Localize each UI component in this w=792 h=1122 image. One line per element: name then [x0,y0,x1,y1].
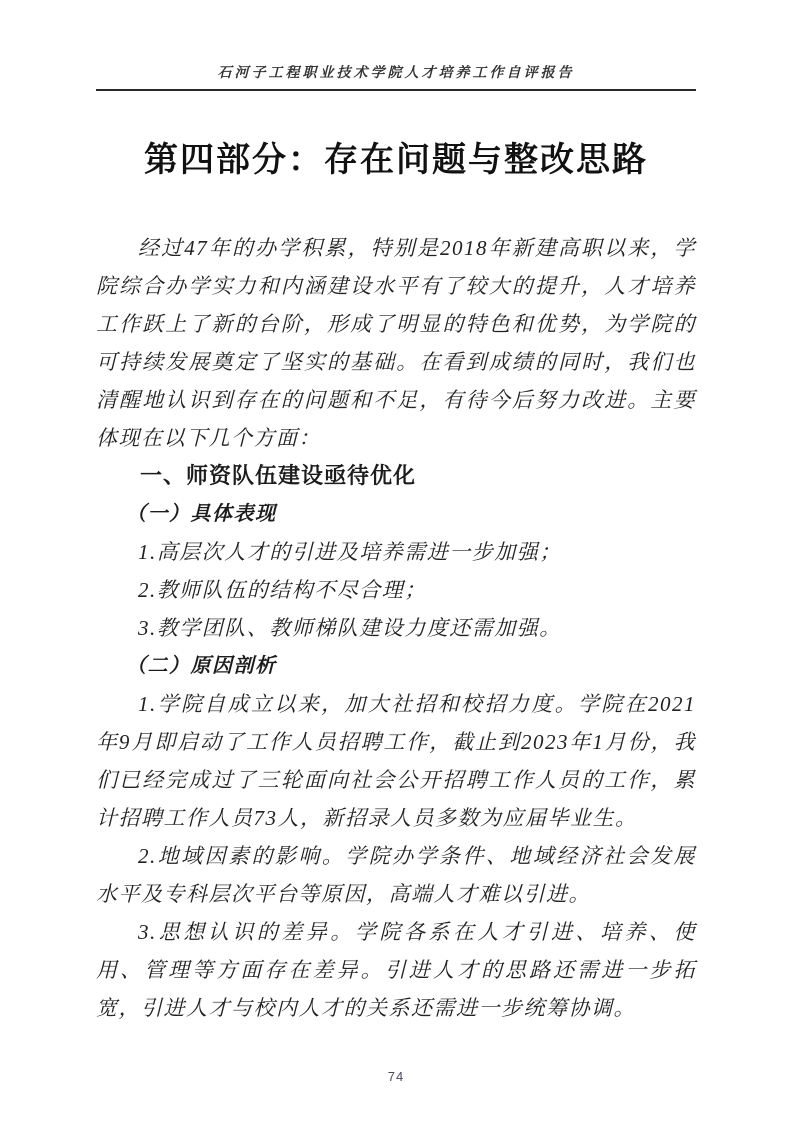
list-item: 3.教学团队、教师梯队建设力度还需加强。 [96,609,696,647]
subsection-2-heading: （二）原因剖析 [96,647,696,685]
page-number: 74 [0,1069,792,1084]
page-title: 第四部分：存在问题与整改思路 [76,137,716,185]
intro-paragraph: 经过47年的办学积累，特别是2018年新建高职以来，学院综合办学实力和内涵建设水… [96,229,696,457]
subsection-1-heading: （一）具体表现 [96,495,696,533]
list-item: 2.教师队伍的结构不尽合理； [96,571,696,609]
body-paragraph: 3.思想认识的差异。学院各系在人才引进、培养、使用、管理等方面存在差异。引进人才… [96,913,696,1027]
document-body: 经过47年的办学积累，特别是2018年新建高职以来，学院综合办学实力和内涵建设水… [96,229,696,1027]
list-item: 1.高层次人才的引进及培养需进一步加强； [96,533,696,571]
body-paragraph: 2.地域因素的影响。学院办学条件、地域经济社会发展水平及专科层次平台等原因，高端… [96,837,696,913]
document-page: 石河子工程职业技术学院人才培养工作自评报告 第四部分：存在问题与整改思路 经过4… [0,0,792,1122]
page-header: 石河子工程职业技术学院人才培养工作自评报告 [96,0,696,91]
body-paragraph: 1.学院自成立以来，加大社招和校招力度。学院在2021年9月即启动了工作人员招聘… [96,685,696,837]
section-1-heading: 一、师资队伍建设亟待优化 [96,457,696,495]
